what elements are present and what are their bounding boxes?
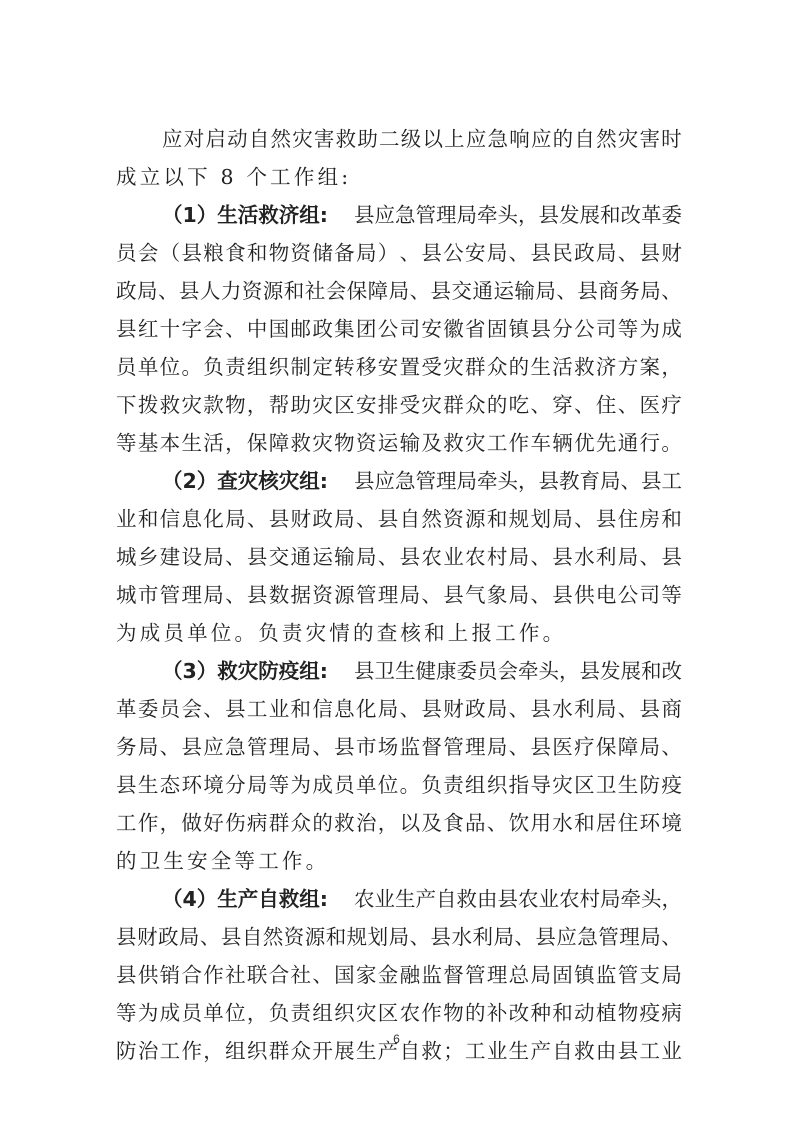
intro-line-1: 应对启动自然灾害救助二级以上应急响应的自然灾害时 [116,120,682,158]
section-first-line-text: 农业生产自救由县农业农村局牵头， [354,880,682,918]
body-line: 等为成员单位，负责组织灾区农作物的补改种和动植物疫病 [116,994,682,1032]
section-heading: （1）生活救济组: [162,196,328,234]
body-line: 的卫生安全等工作。 [116,842,682,880]
section-first-line-text: 县应急管理局牵头，县教育局、县工 [354,462,682,500]
section-heading-line: （2）查灾核灾组: 县应急管理局牵头，县教育局、县工 [116,462,682,500]
document-page: 应对启动自然灾害救助二级以上应急响应的自然灾害时 成立以下 8 个工作组: （1… [116,120,682,1070]
body-line: 务局、县应急管理局、县市场监督管理局、县医疗保障局、 [116,728,682,766]
section-title: 生产自救组: [217,887,328,911]
body-line: 下拨救灾款物，帮助灾区安排受灾群众的吃、穿、住、医疗 [116,386,682,424]
body-line: 城市管理局、县数据资源管理局、县气象局、县供电公司等 [116,576,682,614]
body-line: 政局、县人力资源和社会保障局、县交通运输局、县商务局、 [116,272,682,310]
section-number: （1） [162,203,217,227]
section-number: （2） [162,469,217,493]
section-heading: （2）查灾核灾组: [162,462,328,500]
body-line: 县供销合作社联合社、国家金融监督管理总局固镇监管支局 [116,956,682,994]
section-heading-line: （4）生产自救组: 农业生产自救由县农业农村局牵头， [116,880,682,918]
body-line: 业和信息化局、县财政局、县自然资源和规划局、县住房和 [116,500,682,538]
section-heading: （4）生产自救组: [162,880,328,918]
body-line: 县红十字会、中国邮政集团公司安徽省固镇县分公司等为成 [116,310,682,348]
body-line: 员会（县粮食和物资储备局）、县公安局、县民政局、县财 [116,234,682,272]
body-line: 员单位。负责组织制定转移安置受灾群众的生活救济方案， [116,348,682,386]
intro-line-2: 成立以下 8 个工作组: [116,158,682,196]
section-first-line-text: 县应急管理局牵头，县发展和改革委 [354,196,682,234]
section-number: （4） [162,887,217,911]
body-line: 县生态环境分局等为成员单位。负责组织指导灾区卫生防疫 [116,766,682,804]
section-heading-line: （3）救灾防疫组: 县卫生健康委员会牵头，县发展和改 [116,652,682,690]
section-title: 生活救济组: [217,203,328,227]
section-heading: （3）救灾防疫组: [162,652,328,690]
section-1: （1）生活救济组: 县应急管理局牵头，县发展和改革委 员会（县粮食和物资储备局）… [116,196,682,462]
body-line: 工作，做好伤病群众的救治，以及食品、饮用水和居住环境 [116,804,682,842]
body-line: 等基本生活，保障救灾物资运输及救灾工作车辆优先通行。 [116,424,682,462]
section-first-line-text: 县卫生健康委员会牵头，县发展和改 [354,652,682,690]
page-number: 6 [0,1032,793,1046]
body-line: 城乡建设局、县交通运输局、县农业农村局、县水利局、县 [116,538,682,576]
body-line: 革委员会、县工业和信息化局、县财政局、县水利局、县商 [116,690,682,728]
body-line: 为成员单位。负责灾情的查核和上报工作。 [116,614,682,652]
section-3: （3）救灾防疫组: 县卫生健康委员会牵头，县发展和改 革委员会、县工业和信息化局… [116,652,682,880]
section-number: （3） [162,659,217,683]
section-2: （2）查灾核灾组: 县应急管理局牵头，县教育局、县工 业和信息化局、县财政局、县… [116,462,682,652]
section-title: 查灾核灾组: [217,469,328,493]
section-heading-line: （1）生活救济组: 县应急管理局牵头，县发展和改革委 [116,196,682,234]
body-line: 县财政局、县自然资源和规划局、县水利局、县应急管理局、 [116,918,682,956]
section-title: 救灾防疫组: [217,659,328,683]
